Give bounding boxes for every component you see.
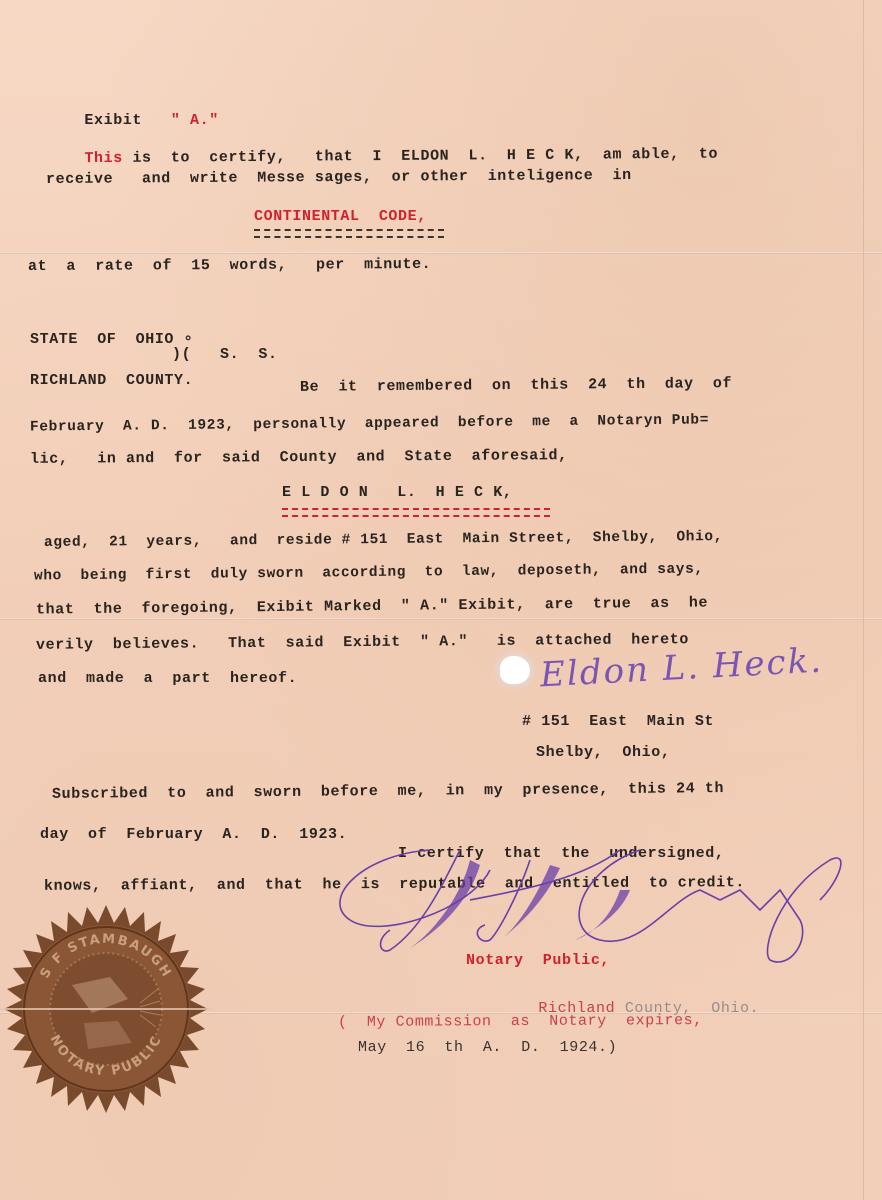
exhibit-label: Exibit (84, 112, 142, 129)
subscribed-line-1: Subscribed to and sworn before me, in my… (52, 780, 724, 803)
affiant-street: # 151 East Main St (522, 713, 714, 730)
affiant-name-double-underline (282, 508, 550, 517)
subscribed-line-2: day of February A. D. 1923. (40, 826, 347, 843)
jurat-line-3: lic, in and for said County and State af… (30, 447, 568, 468)
notary-title: Notary Public, (466, 952, 610, 969)
jurat-line-2: February A. D. 1923, personally appeared… (30, 412, 709, 435)
rate-line: at a rate of 15 words, per minute. (28, 256, 431, 275)
certify-line-2: receive and write Messe sages, or other … (46, 167, 632, 188)
jurat-line-7: verily believes. That said Exibit " A." … (36, 631, 689, 654)
venue-state: STATE OF OHIO ∘ (30, 329, 193, 348)
edge-crease (863, 0, 864, 1200)
exhibit-mark: " A." (171, 112, 219, 129)
this-word: This (84, 150, 123, 167)
fold-crease (0, 618, 882, 620)
affiant-city: Shelby, Ohio, (536, 744, 670, 761)
jurat-line-8: and made a part hereof. (38, 670, 297, 687)
notary-commission: ( My Commission as Notary expires, (338, 1012, 703, 1031)
continental-code-heading: CONTINENTAL CODE, (254, 208, 427, 225)
certify-text: is to certify, that I ELDON L. H E C K, … (123, 146, 718, 167)
jurat-line-4: aged, 21 years, and reside # 151 East Ma… (44, 529, 723, 551)
notarized-affidavit-page: Exibit " A." This is to certify, that I … (0, 0, 882, 1200)
jurat-line-5: who being first duly sworn according to … (34, 561, 704, 584)
paper-hole (500, 656, 530, 684)
notary-expires: May 16 th A. D. 1924.) (358, 1039, 617, 1056)
jurat-line-6: that the foregoing, Exibit Marked " A." … (36, 594, 708, 618)
notary-seal: S F STAMBAUGH NOTARY PUBLIC (0, 903, 212, 1115)
jurat-line-1: Be it remembered on this 24 th day of (300, 375, 732, 396)
fold-crease (0, 252, 882, 254)
venue-ss: )( S. S. (172, 346, 278, 363)
code-double-underline (254, 229, 444, 238)
affiant-name-heading: E L D O N L. H E C K, (282, 484, 512, 501)
venue-county: RICHLAND COUNTY. (30, 372, 193, 389)
